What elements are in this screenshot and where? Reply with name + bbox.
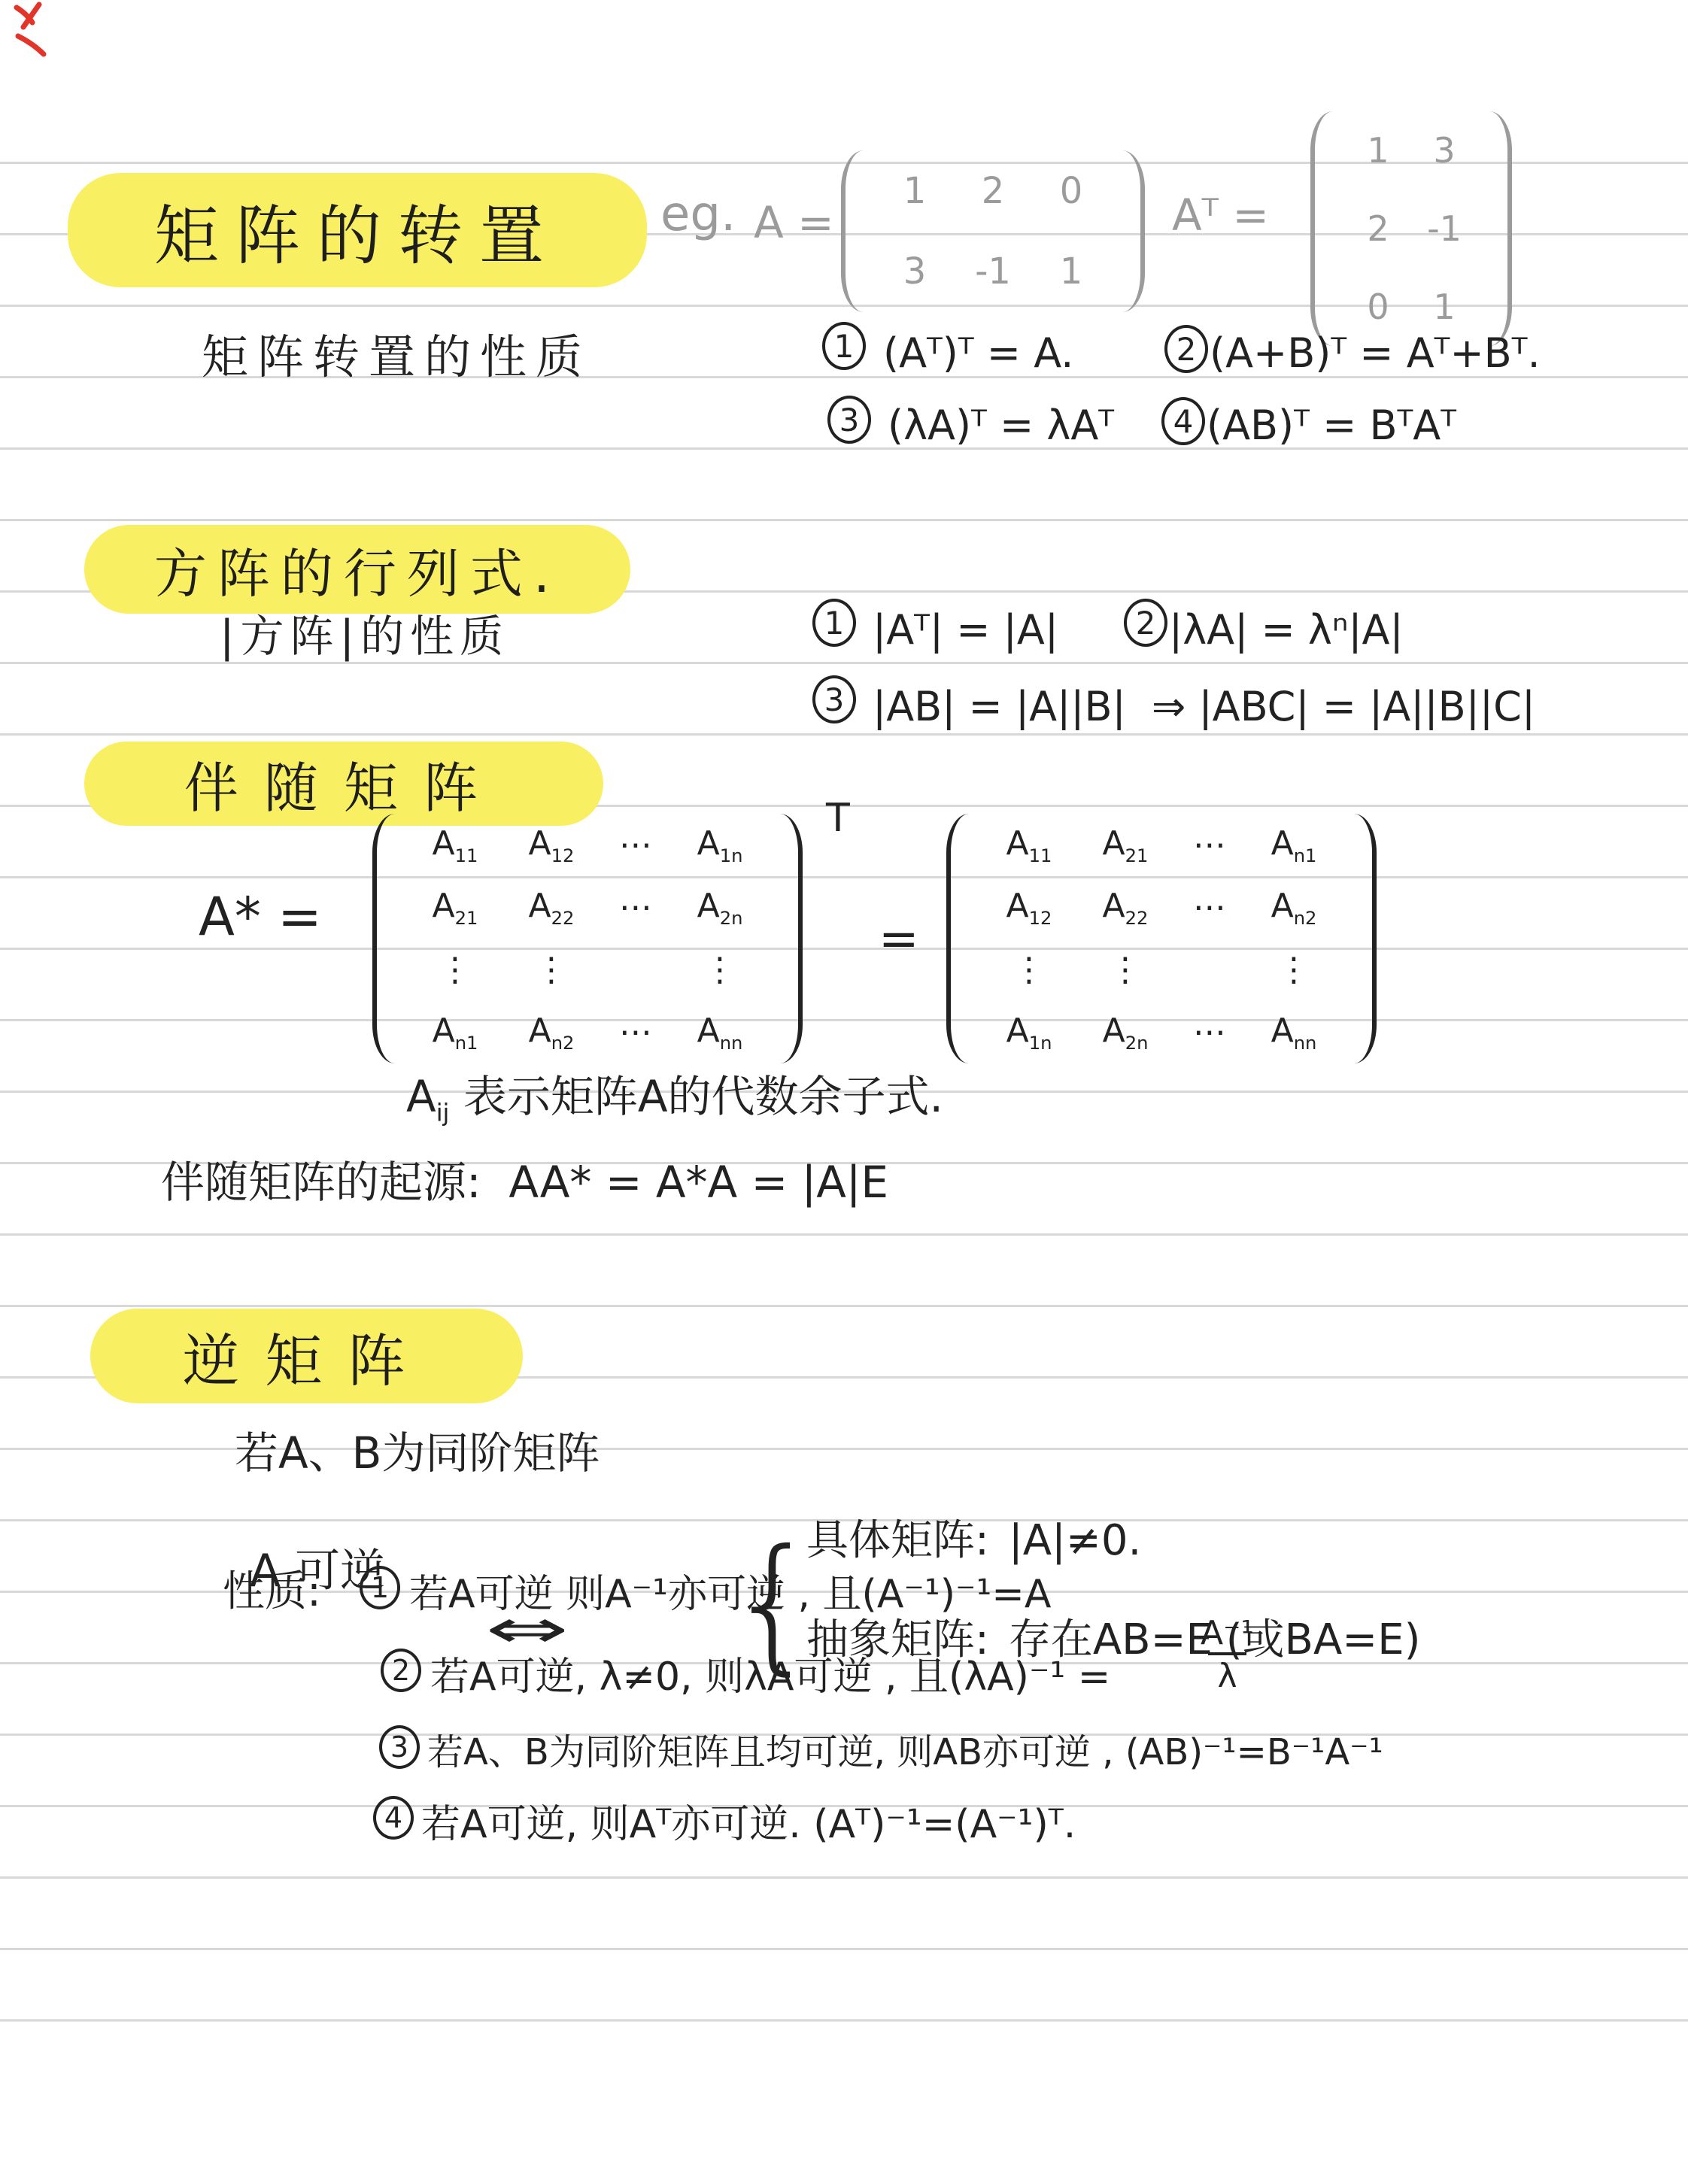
- inverse-property-3: 若A、B为同阶矩阵且均可逆, 则AB亦可逆 , (AB)⁻¹=B⁻¹A⁻¹: [427, 1731, 1383, 1774]
- matrix-a-transpose-label: Aᵀ =: [1172, 190, 1269, 241]
- right-paren: [780, 814, 803, 1063]
- inverse-property-4: 若A可逆, 则Aᵀ亦可逆. (Aᵀ)⁻¹=(A⁻¹)ᵀ.: [421, 1802, 1076, 1848]
- notebook-page: 矩阵的转置 eg. A = 1203-11 Aᵀ = 132-101 矩阵转置的…: [0, 0, 1688, 2184]
- transpose-property-2: (A+B)ᵀ = Aᵀ+Bᵀ.: [1210, 329, 1541, 378]
- section-title-transpose: 矩阵的转置: [68, 173, 647, 287]
- adjugate-lhs: A* =: [199, 886, 322, 948]
- cofactor-note: Aij 表示矩阵A的代数余子式.: [406, 1071, 943, 1127]
- number-text: 3: [390, 1731, 408, 1764]
- circled-number-1: 1: [360, 1566, 400, 1609]
- number-text: 1: [371, 1571, 389, 1604]
- cofactor-note-subscript: ij: [436, 1099, 450, 1127]
- transpose-property-1: (Aᵀ)ᵀ = A.: [883, 329, 1073, 378]
- section-title-adjugate-text: 伴随矩阵: [184, 745, 503, 823]
- inverse-properties-label: 性质:: [223, 1567, 321, 1617]
- number-text: 3: [839, 402, 860, 438]
- matrix-transpose-superscript: T: [826, 796, 850, 842]
- adjugate-matrix-result: A11A21⋯An1A12A22⋯An2⋮⋮⋮A1nA2n⋯Ann: [946, 814, 1377, 1063]
- number-text: 2: [392, 1654, 410, 1687]
- example-label: eg.: [660, 187, 736, 244]
- circled-number-2: 2: [381, 1649, 421, 1692]
- equals-sign: =: [879, 912, 919, 969]
- circled-number-4: 4: [373, 1796, 414, 1840]
- determinant-property-3: |AB| = |A||B| ⇒ |ABC| = |A||B||C|: [873, 683, 1535, 731]
- left-paren: [946, 814, 969, 1063]
- determinant-property-2: |λA| = λⁿ|A|: [1169, 606, 1404, 654]
- matrix-a: 1203-11: [841, 150, 1145, 312]
- fraction-numerator: A⁻¹: [1201, 1614, 1254, 1652]
- cofactor-note-text: 表示矩阵A的代数余子式.: [449, 1071, 943, 1122]
- cofactor-note-base: A: [406, 1071, 436, 1122]
- circled-number-3: 3: [812, 675, 856, 723]
- right-paren: [1489, 111, 1512, 346]
- left-paren: [1310, 111, 1333, 346]
- transpose-property-3: (λA)ᵀ = λAᵀ: [888, 402, 1114, 450]
- adjugate-matrix-cofactor: A11A12⋯A1nA21A22⋯A2n⋮⋮⋮An1An2⋯Ann: [372, 814, 803, 1063]
- circled-number-2: 2: [1124, 599, 1167, 647]
- section-title-inverse-text: 逆矩阵: [183, 1315, 431, 1397]
- matrix-a-transpose: 132-101: [1310, 111, 1512, 346]
- circled-number-1: 1: [812, 599, 856, 647]
- case-label: 具体矩阵:: [806, 1516, 989, 1565]
- number-text: 4: [384, 1801, 402, 1834]
- left-paren: [372, 814, 395, 1063]
- red-pen-marks: [9, 2, 57, 71]
- section-title-transpose-text: 矩阵的转置: [154, 184, 560, 277]
- fraction-denominator: λ: [1208, 1652, 1246, 1695]
- number-text: 1: [824, 605, 845, 642]
- right-paren: [1354, 814, 1377, 1063]
- circled-number-3: 3: [827, 396, 871, 444]
- transpose-property-4: (AB)ᵀ = BᵀAᵀ: [1207, 402, 1456, 450]
- section-title-determinant-text: 方阵的行列式.: [154, 532, 560, 608]
- matrix-a-label: A =: [754, 197, 834, 248]
- circled-number-1: 1: [822, 322, 866, 370]
- inverse-premise: 若A、B为同阶矩阵: [235, 1427, 600, 1479]
- circled-number-3: 3: [379, 1725, 420, 1769]
- circled-number-4: 4: [1161, 397, 1205, 445]
- number-text: 2: [1176, 331, 1197, 368]
- number-text: 2: [1136, 605, 1156, 642]
- number-text: 3: [824, 681, 845, 718]
- transpose-properties-label: 矩阵转置的性质: [202, 329, 591, 384]
- right-paren: [1122, 150, 1145, 312]
- determinant-properties-label: |方阵|的性质: [220, 611, 509, 662]
- circled-number-2: 2: [1164, 325, 1208, 373]
- case-content: |A|≠0.: [989, 1516, 1141, 1565]
- inverse-property-2: 若A可逆, λ≠0, 则λA可逆 , 且(λA)⁻¹ =: [430, 1655, 1110, 1700]
- inverse-property-1: 若A可逆 则A⁻¹亦可逆 , 且(A⁻¹)⁻¹=A: [409, 1572, 1051, 1618]
- section-title-inverse: 逆矩阵: [90, 1309, 523, 1403]
- number-text: 4: [1173, 403, 1194, 440]
- section-title-determinant: 方阵的行列式.: [84, 525, 630, 614]
- left-paren: [841, 150, 864, 312]
- adjugate-origin: 伴随矩阵的起源: AA* = A*A = |A|E: [161, 1157, 888, 1208]
- determinant-property-1: |Aᵀ| = |A|: [873, 606, 1058, 654]
- inverse-case-concrete: 具体矩阵:|A|≠0.: [806, 1516, 1141, 1566]
- fraction-a-inverse-over-lambda: A⁻¹ λ: [1201, 1614, 1254, 1695]
- number-text: 1: [834, 328, 855, 365]
